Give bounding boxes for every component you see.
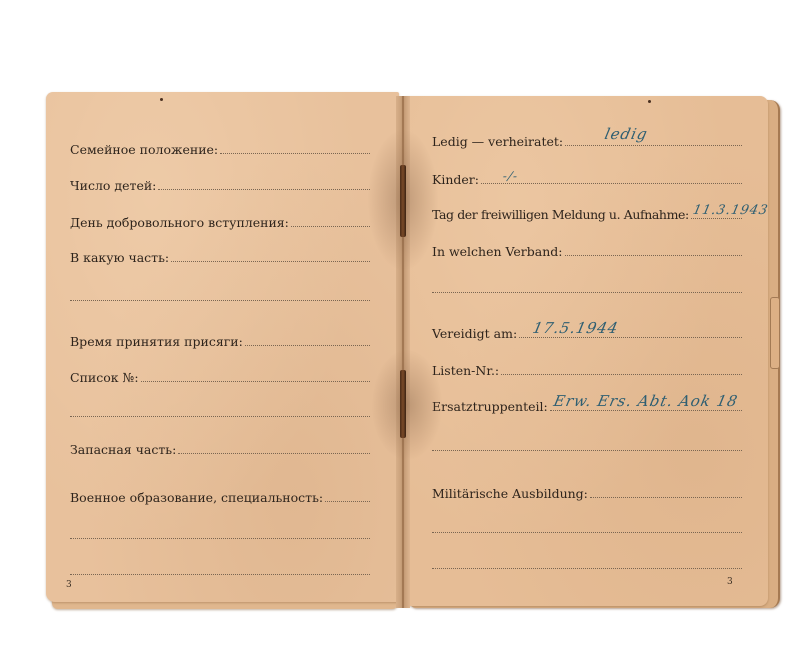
staple-icon [400,165,406,237]
field-blank [291,217,370,227]
field-blank: 17.5.1944 [519,328,742,338]
blank-line [70,574,370,575]
field-blank [501,365,742,375]
field-blank: -/- [481,174,742,184]
field-replacement-unit-de: Ersatztruppenteil: Erw. Ers. Abt. Aok 18 [432,399,742,414]
field-label: Военное образование, специальность: [70,490,323,505]
field-blank: ledig [565,136,742,146]
blank-line [432,568,742,569]
field-blank [171,252,370,262]
field-reserve-unit-ru: Запасная часть: [70,442,370,457]
field-label: Tag der freiwilligen Meldung u. Aufnahme… [432,207,689,222]
field-label: Listen-Nr.: [432,363,499,378]
field-label: Kinder: [432,172,479,187]
blank-line [432,292,742,293]
field-label: Список №: [70,370,139,385]
field-blank [565,246,743,256]
blank-line [70,538,370,539]
page-number: 3 [66,580,72,590]
field-label: Ersatztruppenteil: [432,399,548,414]
handwritten-value: 11.3.1943 [691,203,768,218]
field-blank [245,336,370,346]
field-oath-date-ru: Время принятия присяги: [70,334,370,349]
field-blank [178,444,370,454]
field-label: В какую часть: [70,250,169,265]
field-blank: Erw. Ers. Abt. Aok 18 [550,401,742,411]
field-label: Семейное положение: [70,142,218,157]
field-label: Militärische Ausbildung: [432,486,588,501]
blank-line [70,416,370,417]
staple-icon [400,370,406,438]
field-list-number-ru: Список №: [70,370,370,385]
page-tab-marker [770,297,780,369]
field-label: In welchen Verband: [432,244,563,259]
field-blank [590,488,742,498]
field-list-number-de: Listen-Nr.: [432,363,742,378]
handwritten-value: -/- [501,169,519,183]
field-label: Время принятия присяги: [70,334,243,349]
field-blank [325,492,370,502]
left-page: Семейное положение: Число детей: День до… [46,92,399,602]
field-military-training-de: Militärische Ausbildung: [432,486,742,501]
handwritten-value: ledig [603,125,650,143]
field-label: Vereidigt am: [432,326,517,341]
field-blank: 11.3.1943 [691,209,742,219]
field-unit-de: In welchen Verband: [432,244,742,259]
field-children-ru: Число детей: [70,178,370,193]
field-blank [220,144,370,154]
blank-line [432,450,742,451]
field-marital-status-de: Ledig — verheiratet: ledig [432,134,742,149]
open-booklet: Семейное положение: Число детей: День до… [0,0,800,671]
field-label: Число детей: [70,178,156,193]
field-oath-date-de: Vereidigt am: 17.5.1944 [432,326,742,341]
field-unit-ru: В какую часть: [70,250,370,265]
blank-line [432,532,742,533]
field-blank [141,372,370,382]
field-family-status-ru: Семейное положение: [70,142,370,157]
field-label: День добровольного вступления: [70,215,289,230]
page-number: 3 [727,577,733,587]
printer-mark [648,100,651,103]
field-label: Запасная часть: [70,442,176,457]
field-label: Ledig — verheiratet: [432,134,563,149]
printer-mark [160,98,163,101]
field-military-training-ru: Военное образование, специальность: [70,490,370,505]
field-children-de: Kinder: -/- [432,172,742,187]
field-volunteer-date-ru: День добровольного вступления: [70,215,370,230]
field-blank [158,180,370,190]
right-page: Ledig — verheiratet: ledig Kinder: -/- T… [404,96,768,606]
field-volunteer-date-de: Tag der freiwilligen Meldung u. Aufnahme… [432,207,742,222]
blank-line [70,300,370,301]
rust-stain [372,350,442,460]
handwritten-value: Erw. Ers. Abt. Aok 18 [552,392,740,410]
handwritten-value: 17.5.1944 [531,319,620,337]
